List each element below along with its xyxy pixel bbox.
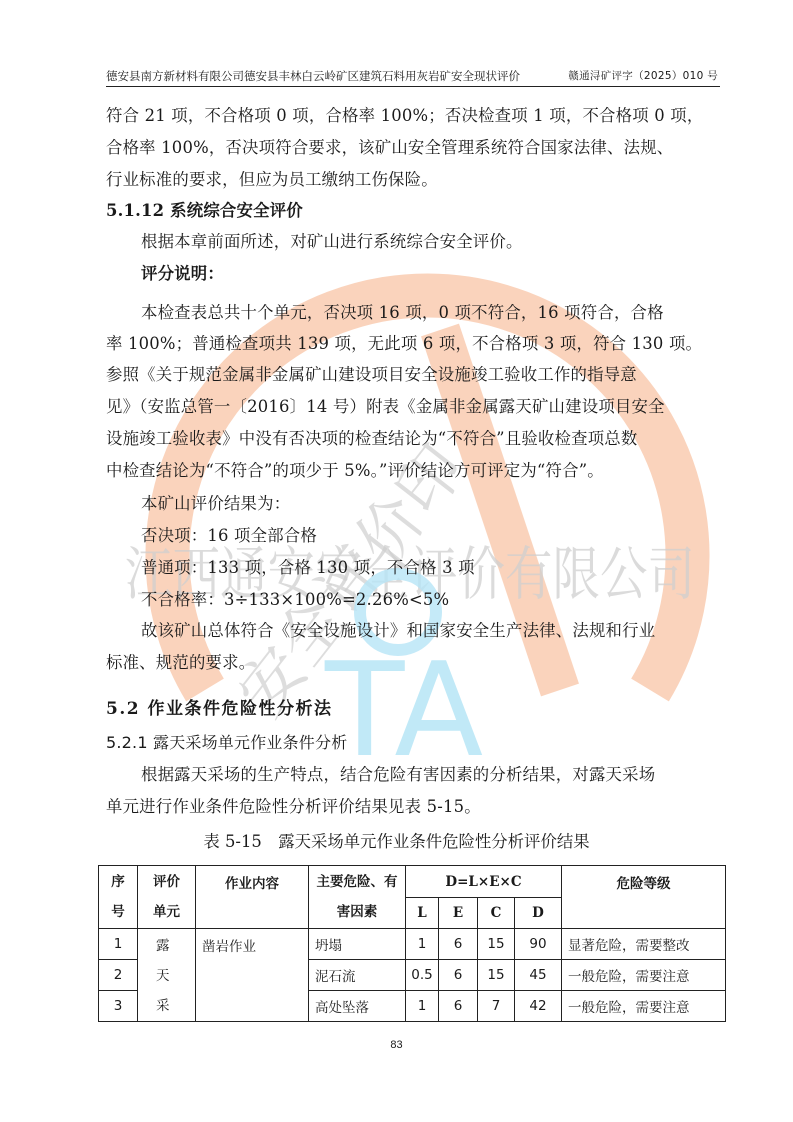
paragraph-line: 合格率 100%，否决项符合要求，该矿山安全管理系统符合国家法律、法规、 [106,138,722,158]
header-formula: D=L×E×C [406,866,562,898]
paragraph-line: 根据露天采场的生产特点，结合危险有害因素的分析结果，对露天采场 [141,765,721,785]
cell-D: 45 [515,960,562,991]
paragraph-line: 单元进行作业条件危险性分析评价结果见表 5-15。 [106,797,722,817]
header-seq: 序 号 [99,866,138,929]
cell-seq: 3 [99,991,138,1022]
cell-D: 90 [515,929,562,960]
result-failure-rate: 不合格率：3÷133×100%=2.26%<5% [141,590,721,610]
paragraph-line: 参照《关于规范金属非金属矿山建设项目安全设施竣工验收工作的指导意 [106,365,722,385]
paragraph-line: 本检查表总共十个单元，否决项 16 项，0 项不符合，16 项符合，合格 [141,303,721,323]
cell-hazard: 坍塌 [309,929,406,960]
cell-L: 0.5 [406,960,439,991]
scoring-note-label: 评分说明： [141,264,721,284]
cell-hazard: 高处坠落 [309,991,406,1022]
header-D: D [515,898,562,929]
cell-C: 7 [478,991,515,1022]
paragraph-line: 符合 21 项，不合格项 0 项，合格率 100%；否决检查项 1 项，不合格项… [106,106,722,126]
header-document-number: 赣通浔矿评字（2025）010 号 [568,68,718,83]
header-unit: 评价 单元 [138,866,196,929]
hazard-analysis-table: 序 号 评价 单元 作业内容 主要危险、有 害因素 D=L×E×C 危险等级 L… [98,865,726,1022]
running-header: 德安县南方新材料有限公司德安县丰林白云岭矿区建筑石料用灰岩矿安全现状评价 赣通浔… [106,64,720,87]
cell-C: 15 [478,929,515,960]
paragraph-line: 故该矿山总体符合《安全设施设计》和国家安全生产法律、法规和行业 [141,621,721,641]
cell-danger-level: 一般危险，需要注意 [562,991,726,1022]
table-caption: 表 5-15 露天采场单元作业条件危险性分析评价结果 [0,828,793,852]
section-heading-5-2-1: 5.2.1 露天采场单元作业条件分析 [106,733,722,753]
result-intro: 本矿山评价结果为： [141,494,721,514]
cell-danger-level: 显著危险，需要整改 [562,929,726,960]
paragraph-line: 根据本章前面所述，对矿山进行系统综合安全评价。 [141,232,721,252]
cell-hazard: 泥石流 [309,960,406,991]
cell-E: 6 [439,960,478,991]
cell-C: 15 [478,960,515,991]
result-veto-items: 否决项：16 项全部合格 [141,526,721,546]
paragraph-line: 见》（安监总管一〔2016〕14 号）附表《金属非金属露天矿山建设项目安全 [106,397,722,417]
paragraph-line: 设施竣工验收表》中没有否决项的检查结论为“不符合”且验收检查项总数 [106,429,722,449]
paragraph-line: 率 100%；普通检查项共 139 项，无此项 6 项，不合格项 3 项，符合 … [106,334,722,354]
header-danger-level: 危险等级 [562,866,726,929]
section-heading-5-1-12: 5.1.12 系统综合安全评价 [106,201,722,221]
section-heading-5-2: 5.2 作业条件危险性分析法 [106,699,722,719]
header-work-content: 作业内容 [196,866,309,929]
cell-E: 6 [439,929,478,960]
cell-L: 1 [406,929,439,960]
cell-danger-level: 一般危险，需要注意 [562,960,726,991]
paragraph-line: 行业标准的要求，但应为员工缴纳工伤保险。 [106,170,722,190]
document-page: 德安县南方新材料有限公司德安县丰林白云岭矿区建筑石料用灰岩矿安全现状评价 赣通浔… [0,0,793,1122]
cell-L: 1 [406,991,439,1022]
cell-E: 6 [439,991,478,1022]
table-header-row: 序 号 评价 单元 作业内容 主要危险、有 害因素 D=L×E×C 危险等级 [99,866,726,898]
paragraph-line: 标准、规范的要求。 [106,653,722,673]
cell-work-content: 凿岩作业 [196,929,309,1022]
header-hazard: 主要危险、有 害因素 [309,866,406,929]
header-C: C [478,898,515,929]
result-general-items: 普通项：133 项，合格 130 项，不合格 3 项 [141,558,721,578]
page-number: 83 [0,1039,793,1051]
header-report-title: 德安县南方新材料有限公司德安县丰林白云岭矿区建筑石料用灰岩矿安全现状评价 [106,68,520,84]
table-row: 1 露 天 采 凿岩作业 坍塌 1 6 15 90 显著危险，需要整改 [99,929,726,960]
cell-D: 42 [515,991,562,1022]
cell-unit: 露 天 采 [138,929,196,1022]
cell-seq: 2 [99,960,138,991]
header-E: E [439,898,478,929]
header-L: L [406,898,439,929]
cell-seq: 1 [99,929,138,960]
paragraph-line: 中检查结论为“不符合”的项少于 5%。”评价结论方可评定为“符合”。 [106,461,722,481]
